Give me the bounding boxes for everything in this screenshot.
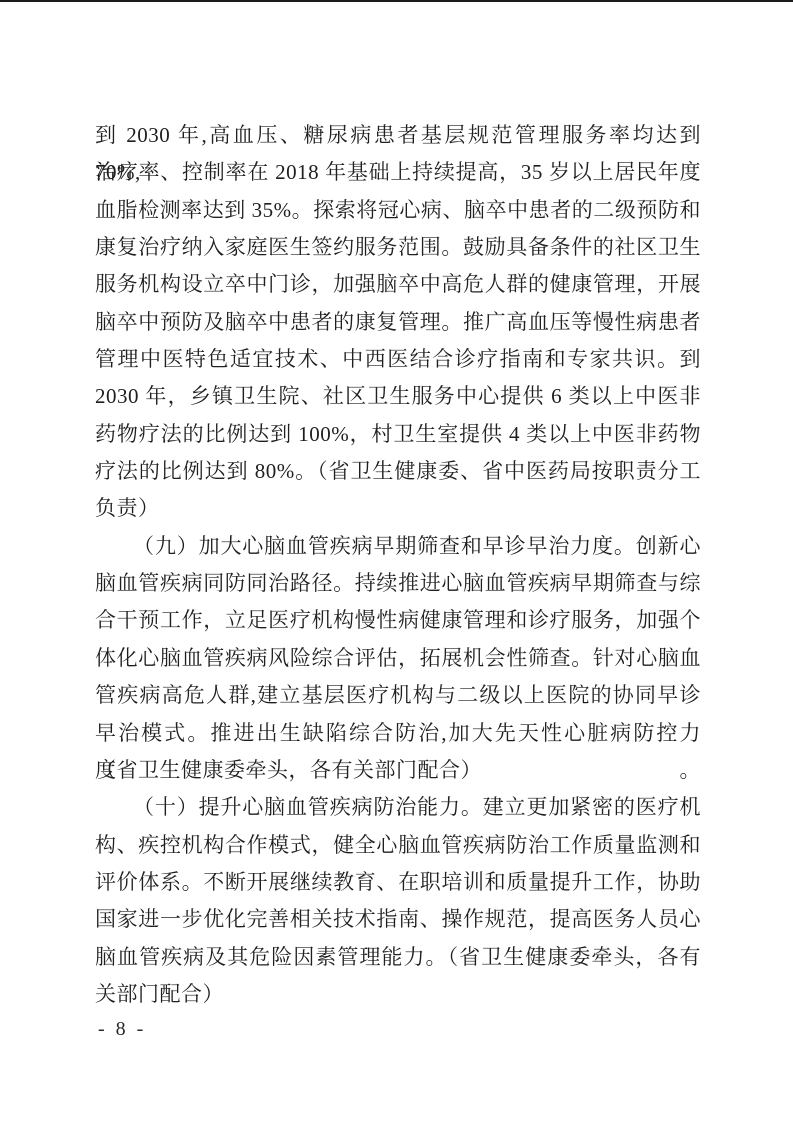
text-line: （十）提升心脑血管疾病防治能力。建立更加紧密的医疗机 [95, 789, 701, 826]
text-line: 药物疗法的比例达到 100%，村卫生室提供 4 类以上中医非药物 [95, 416, 701, 453]
text-line: 康复治疗纳入家庭医生签约服务范围。鼓励具备条件的社区卫生 [95, 229, 701, 266]
text-line: （九）加大心脑血管疾病早期筛查和早诊早治力度。创新心 [95, 528, 701, 565]
text-line: 脑血管疾病同防同治路径。持续推进心脑血管疾病早期筛查与综 [95, 565, 701, 602]
text-line: 2030 年，乡镇卫生院、社区卫生服务中心提供 6 类以上中医非 [95, 378, 701, 415]
text-line: 脑血管疾病及其危险因素管理能力。（省卫生健康委牵头，各有 [95, 939, 701, 976]
text-line: 负责） [95, 490, 701, 527]
text-line: 体化心脑血管疾病风险综合评估，拓展机会性筛查。针对心脑血 [95, 640, 701, 677]
text-line: 脑卒中预防及脑卒中患者的康复管理。推广高血压等慢性病患者 [95, 304, 701, 341]
text-line: 服务机构设立卒中门诊，加强脑卒中高危人群的健康管理，开展 [95, 266, 701, 303]
text-line: 构、疾控机构合作模式，健全心脑血管疾病防治工作质量监测和 [95, 827, 701, 864]
text-line: 国家进一步优化完善相关技术指南、操作规范，提高医务人员心 [95, 901, 701, 938]
text-line: 管理中医特色适宜技术、中西医结合诊疗指南和专家共识。到 [95, 341, 701, 378]
text-line: 合干预工作，立足医疗机构慢性病健康管理和诊疗服务，加强个 [95, 602, 701, 639]
text-line: 血脂检测率达到 35%。探索将冠心病、脑卒中患者的二级预防和 [95, 192, 701, 229]
page-top-edge [0, 0, 793, 2]
text-line: 治疗率、控制率在 2018 年基础上持续提高，35 岁以上居民年度 [95, 154, 701, 191]
text-line: 早治模式。推进出生缺陷综合防治,加大先天性心脏病防控力度。 [95, 715, 701, 752]
text-line: 疗法的比例达到 80%。（省卫生健康委、省中医药局按职责分工 [95, 453, 701, 490]
page-number: - 8 - [98, 1016, 146, 1042]
text-line: 到 2030 年,高血压、糖尿病患者基层规范管理服务率均达到 70%, [95, 117, 701, 154]
document-body: 到 2030 年,高血压、糖尿病患者基层规范管理服务率均达到 70%, 治疗率、… [95, 117, 701, 1013]
text-line: 管疾病高危人群,建立基层医疗机构与二级以上医院的协同早诊 [95, 677, 701, 714]
text-line: 关部门配合） [95, 976, 701, 1013]
text-line: 评价体系。不断开展继续教育、在职培训和质量提升工作，协助 [95, 864, 701, 901]
